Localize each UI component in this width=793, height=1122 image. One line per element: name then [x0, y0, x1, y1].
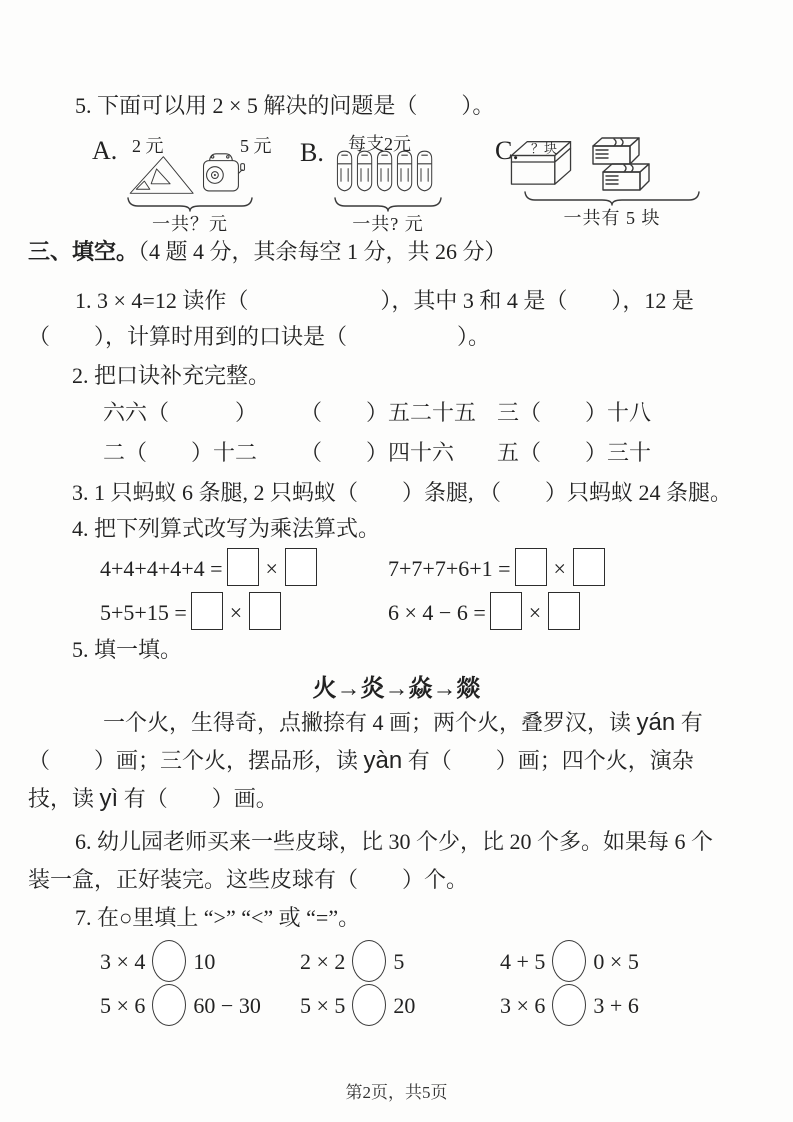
q2-row2-col3: 五（ ）三十: [497, 439, 651, 467]
compare-circle: [152, 984, 186, 1026]
q7-item-1-lhs: 3 × 4: [100, 949, 145, 974]
q7-item-5-lhs: 5 × 5: [300, 993, 345, 1018]
multiply-sign: ×: [529, 600, 541, 625]
q4-item-3: 5+5+15 =×: [100, 592, 285, 630]
option-a-letter: A.: [92, 136, 117, 166]
pinyin-yi4: yì: [100, 785, 119, 812]
worksheet-page: 5. 下面可以用 2 × 5 解决的问题是（ ）。 A. 2 元 5 元 一共？…: [0, 0, 793, 1122]
q7-item-6-lhs: 3 × 6: [500, 993, 545, 1018]
pens-icon: [336, 148, 436, 194]
compare-circle: [352, 940, 386, 982]
q4-item-4-lhs: 6 × 4 − 6 =: [388, 600, 486, 625]
set-square-icon: [128, 154, 196, 196]
option-c-caption: 一共有 5 块: [523, 204, 701, 230]
answer-box: [227, 548, 259, 586]
q4-item-1-lhs: 4+4+4+4+4 =: [100, 556, 223, 581]
sugar-cube-icon: [600, 162, 652, 192]
answer-box: [490, 592, 522, 630]
compare-circle: [152, 940, 186, 982]
q5fill-stem: 5. 填一填。: [72, 636, 182, 664]
option-c-box-label: ？块: [531, 138, 557, 157]
q2-row2-col2: （ ）四十六: [300, 439, 454, 467]
pencil-sharpener-icon: [202, 148, 246, 196]
q5fill-p3-text: 技，读: [28, 786, 100, 811]
q4-item-2-lhs: 7+7+7+6+1 =: [388, 556, 511, 581]
q7-item-2: 2 × 25: [300, 940, 404, 982]
q4-item-2: 7+7+7+6+1 =×: [388, 548, 609, 586]
section-heading-note: （4 题 4 分，其余每空 1 分，共 26 分）: [138, 239, 507, 264]
q5fill-title: 火→炎→焱→燚: [0, 668, 793, 703]
q1-line1: 1. 3 × 4=12 读作（ ），其中 3 和 4 是（ ），12 是: [75, 287, 694, 315]
q7-item-4-rhs: 60 − 30: [193, 993, 260, 1018]
q2-row1-col3: 三（ ）十八: [497, 399, 651, 427]
q7-item-6-rhs: 3 + 6: [593, 993, 638, 1018]
page-footer: 第2页，共5页: [0, 1078, 793, 1103]
q5fill-p3-tail: 有（ ）画。: [118, 786, 278, 811]
answer-box: [249, 592, 281, 630]
option-b: B. 每支2元 一共? 元: [300, 130, 480, 230]
multiply-sign: ×: [266, 556, 278, 581]
q5-stem: 5. 下面可以用 2 × 5 解决的问题是（ ）。: [75, 92, 494, 120]
answer-box: [548, 592, 580, 630]
q2-stem: 2. 把口诀补充完整。: [72, 362, 270, 390]
answer-box: [191, 592, 223, 630]
q7-item-3-lhs: 4 + 5: [500, 949, 545, 974]
q2-row1-col2: （ ）五二十五: [300, 399, 476, 427]
answer-box: [573, 548, 605, 586]
q1-line2: （ ），计算时用到的口诀是（ ）。: [28, 323, 490, 351]
q5fill-p2-text: （ ）画；三个火，摆品形，读: [28, 748, 364, 773]
q7-item-3-rhs: 0 × 5: [593, 949, 638, 974]
q6-line1: 6. 幼儿园老师买来一些皮球，比 30 个少，比 20 个多。如果每 6 个: [75, 828, 713, 856]
option-b-caption: 一共? 元: [333, 210, 443, 236]
q7-item-5: 5 × 520: [300, 984, 415, 1026]
pinyin-yan2: yán: [637, 709, 676, 736]
q7-item-1: 3 × 410: [100, 940, 215, 982]
option-a: A. 2 元 5 元 一共？元: [92, 130, 297, 230]
q5fill-para-line2: （ ）画；三个火，摆品形，读 yàn 有（ ）画；四个火，演杂: [28, 746, 694, 776]
option-b-letter: B.: [300, 138, 324, 168]
q5fill-p2-tail: 有（ ）画；四个火，演杂: [402, 748, 694, 773]
q7-item-4-lhs: 5 × 6: [100, 993, 145, 1018]
q5fill-para-line3: 技，读 yì 有（ ）画。: [28, 784, 278, 814]
q2-row2-col1: 二（ ）十二: [103, 439, 257, 467]
q5fill-p1-text: 一个火，生得奇，点撇捺有 4 画；两个火，叠罗汉，读: [103, 710, 637, 735]
compare-circle: [552, 940, 586, 982]
q6-line2: 装一盒，正好装完。这些皮球有（ ）个。: [28, 866, 468, 894]
multiply-sign: ×: [230, 600, 242, 625]
q3-text: 3. 1 只蚂蚁 6 条腿, 2 只蚂蚁（ ）条腿, （ ）只蚂蚁 24 条腿。: [72, 479, 732, 507]
q4-item-4: 6 × 4 − 6 =×: [388, 592, 584, 630]
q7-item-6: 3 × 63 + 6: [500, 984, 639, 1026]
q7-stem: 7. 在○里填上 “>” “<” 或 “=”。: [75, 904, 360, 932]
pinyin-yan4: yàn: [364, 747, 403, 774]
q5fill-para-line1: 一个火，生得奇，点撇捺有 4 画；两个火，叠罗汉，读 yán 有: [103, 708, 703, 738]
q2-row1-col1: 六六（ ）: [103, 399, 257, 427]
q4-item-3-lhs: 5+5+15 =: [100, 600, 187, 625]
q7-item-3: 4 + 50 × 5: [500, 940, 639, 982]
section-heading-title: 三、填空。: [28, 239, 138, 264]
multiply-sign: ×: [554, 556, 566, 581]
q5fill-p1-tail: 有: [675, 710, 703, 735]
compare-circle: [552, 984, 586, 1026]
compare-circle: [352, 984, 386, 1026]
q7-item-5-rhs: 20: [393, 993, 415, 1018]
q7-item-2-lhs: 2 × 2: [300, 949, 345, 974]
q7-item-1-rhs: 10: [193, 949, 215, 974]
q4-item-1: 4+4+4+4+4 =×: [100, 548, 321, 586]
answer-box: [515, 548, 547, 586]
q7-item-2-rhs: 5: [393, 949, 404, 974]
q4-stem: 4. 把下列算式改写为乘法算式。: [72, 515, 380, 543]
option-c: C. ？块 一共有 5 块: [495, 126, 720, 231]
answer-box: [285, 548, 317, 586]
section-heading: 三、填空。（4 题 4 分，其余每空 1 分，共 26 分）: [28, 238, 507, 266]
q7-item-4: 5 × 660 − 30: [100, 984, 261, 1026]
option-a-caption: 一共？元: [126, 210, 254, 236]
